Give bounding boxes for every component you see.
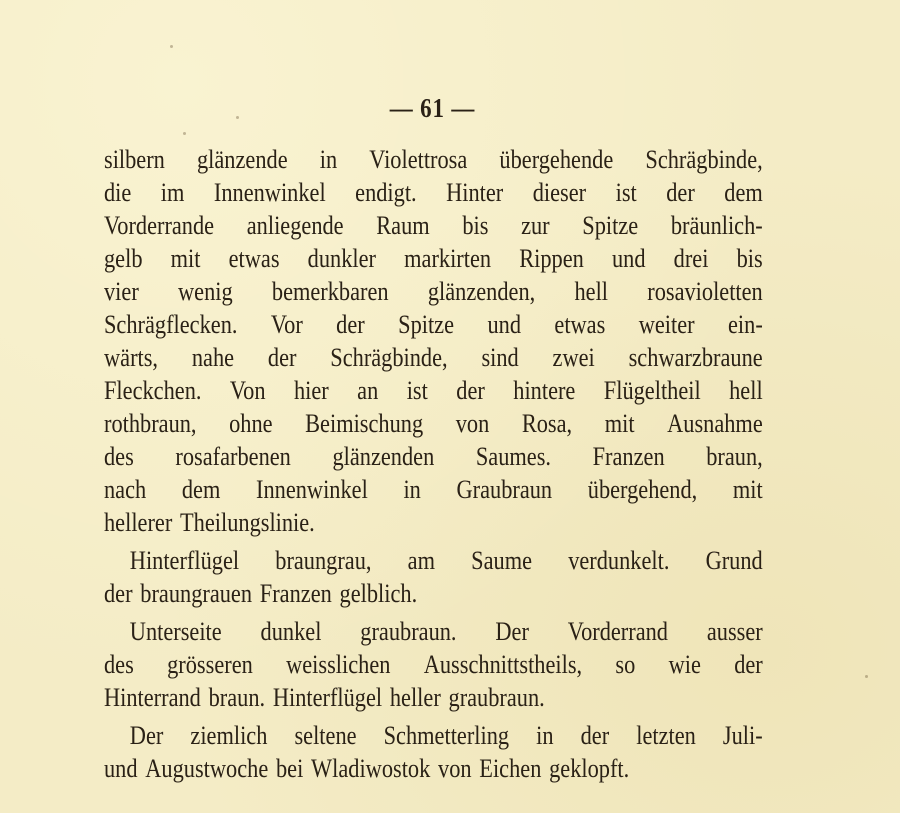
- text-line: Schrägflecken.VorderSpitzeundetwasweiter…: [104, 308, 763, 341]
- body-text: silbernglänzendeinViolettrosaübergehende…: [104, 143, 764, 785]
- text-line: Fleckchen.VonhieranistderhintereFlügelth…: [104, 374, 763, 407]
- text-line: Hinterrandbraun.Hinterflügelhellergraubr…: [104, 681, 763, 714]
- text-line: desrosafarbenenglänzendenSaumes.Franzenb…: [104, 440, 763, 473]
- paragraph: Unterseitedunkelgraubraun.DerVorderranda…: [104, 615, 764, 714]
- text-line: gelbmitetwasdunklermarkirtenRippenunddre…: [104, 242, 763, 275]
- book-page: — 61 — silbernglänzendeinViolettrosaüber…: [0, 0, 900, 813]
- text-line: wärts,nahederSchrägbinde,sindzweischwarz…: [104, 341, 763, 374]
- text-line: rothbraun,ohneBeimischungvonRosa,mitAusn…: [104, 407, 763, 440]
- text-line: Unterseitedunkelgraubraun.DerVorderranda…: [104, 615, 763, 648]
- paper-speck: [183, 132, 186, 135]
- paragraph: Hinterflügelbraungrau,amSaumeverdunkelt.…: [104, 544, 764, 610]
- text-line: hellererTheilungslinie.: [104, 506, 763, 539]
- text-line: DerziemlichselteneSchmetterlinginderletz…: [104, 719, 763, 752]
- page-number: — 61 —: [65, 93, 800, 124]
- paper-speck: [865, 675, 868, 678]
- text-line: nachdemInnenwinkelinGraubraunübergehend,…: [104, 473, 763, 506]
- text-line: dieimInnenwinkelendigt.Hinterdieseristde…: [104, 176, 763, 209]
- text-line: derbraungrauenFranzengelblich.: [104, 577, 763, 610]
- paper-speck: [170, 45, 173, 48]
- paragraph: DerziemlichselteneSchmetterlinginderletz…: [104, 719, 764, 785]
- text-line: vierwenigbemerkbarenglänzenden,hellrosav…: [104, 275, 763, 308]
- text-line: VorderrandeanliegendeRaumbiszurSpitzebrä…: [104, 209, 763, 242]
- paper-speck: [236, 116, 239, 119]
- text-line: Hinterflügelbraungrau,amSaumeverdunkelt.…: [104, 544, 763, 577]
- text-line: desgrösserenweisslichenAusschnittstheils…: [104, 648, 763, 681]
- paragraph: silbernglänzendeinViolettrosaübergehende…: [104, 143, 764, 539]
- text-line: undAugustwochebeiWladiwostokvonEichengek…: [104, 752, 763, 785]
- text-line: silbernglänzendeinViolettrosaübergehende…: [104, 143, 763, 176]
